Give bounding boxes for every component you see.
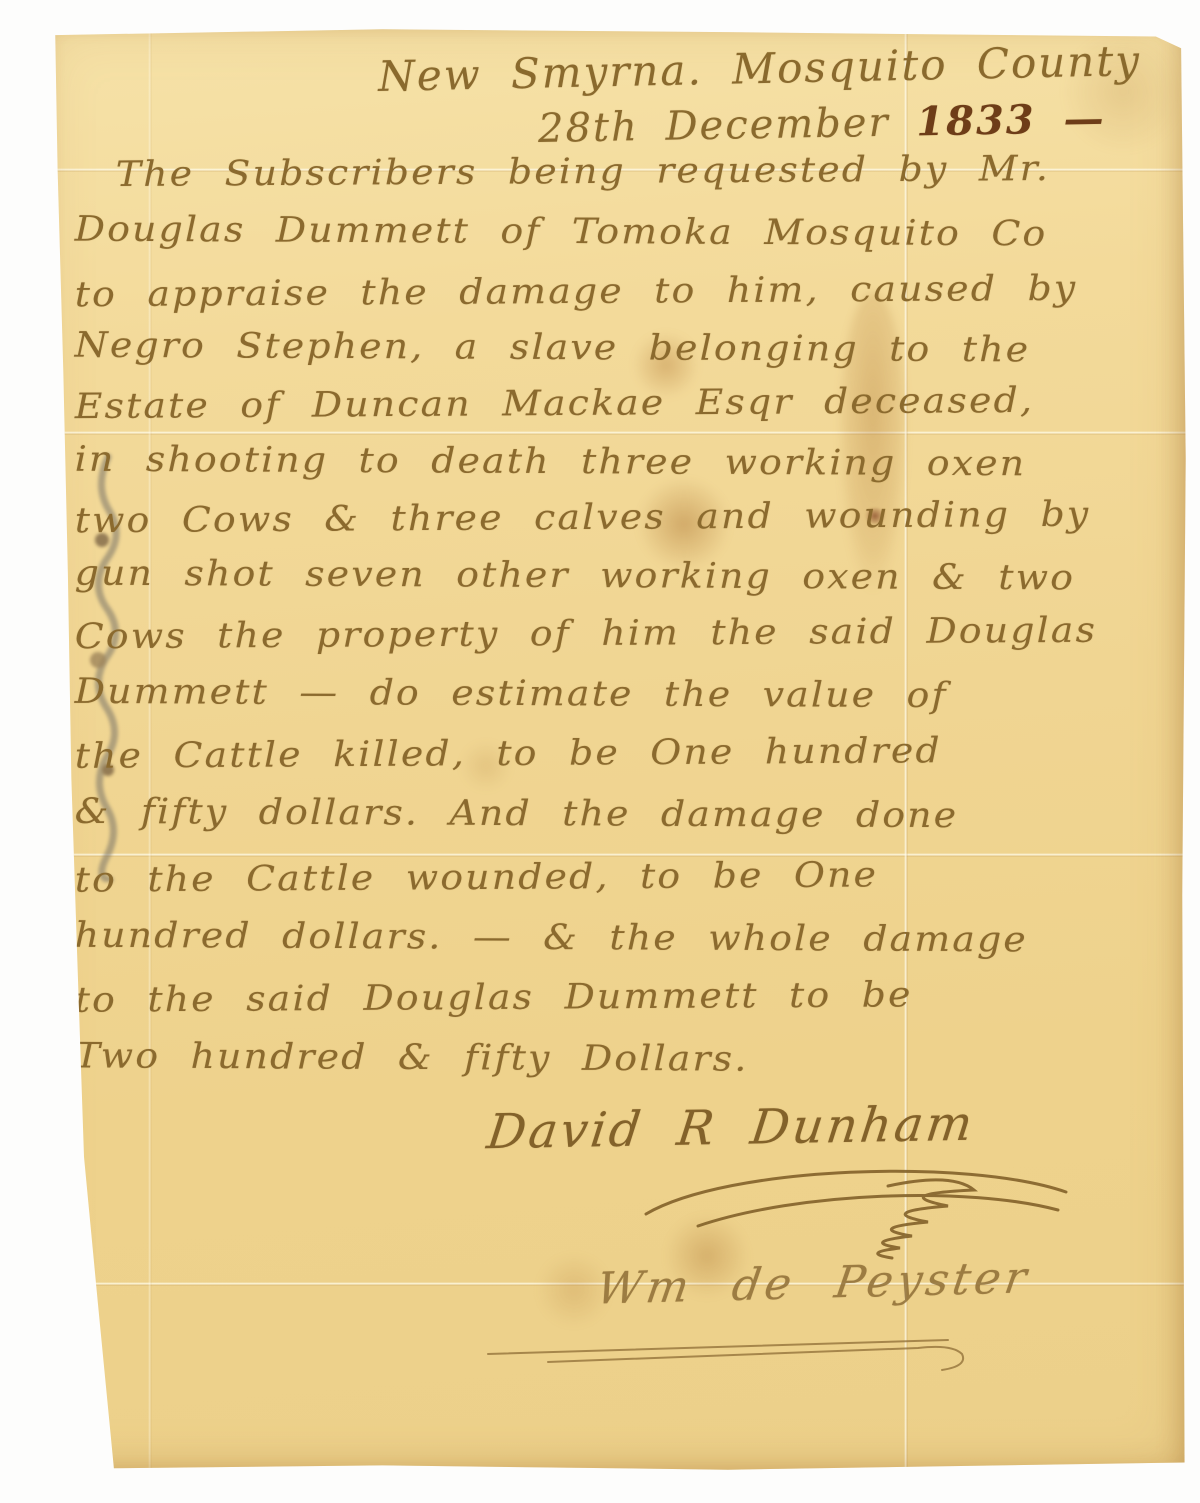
body-line: gun shot seven other working oxen & two: [75, 554, 1076, 599]
body-line: Negro Stephen, a slave belonging to the: [75, 326, 1031, 371]
body-line: hundred dollars. — & the whole damage: [75, 916, 1028, 961]
paper-tear-bottom-left: [38, 1262, 98, 1477]
body-line: two Cows & three calves and wounding by: [75, 495, 1091, 542]
photo-backdrop: New Smyrna. Mosquito County 28th Decembe…: [0, 0, 1200, 1503]
body-line: to the said Douglas Dummett to be: [75, 975, 913, 1020]
body-line: Dummett — do estimate the value of: [75, 672, 948, 716]
body-line: Douglas Dummett of Tomoka Mosquito Co: [75, 210, 1048, 255]
body-line: to the Cattle wounded, to be One: [75, 855, 879, 900]
body-line: Estate of Duncan Mackae Esqr deceased,: [75, 381, 1035, 427]
body-line: Cows the property of him the said Dougla…: [75, 611, 1098, 658]
body-line: to appraise the damage to him, caused by: [75, 269, 1078, 315]
body-line: & fifty dollars. And the damage done: [75, 792, 959, 836]
signature-david-r-dunham: David R Dunham: [484, 1096, 978, 1160]
body-line: in shooting to death three working oxen: [75, 440, 1027, 485]
body-line: the Cattle killed, to be One hundred: [75, 731, 942, 777]
manuscript-page: New Smyrna. Mosquito County 28th Decembe…: [38, 22, 1188, 1477]
body-line: Two hundred & fifty Dollars.: [75, 1036, 749, 1079]
body-line: The Subscribers being requested by Mr.: [116, 149, 1050, 195]
